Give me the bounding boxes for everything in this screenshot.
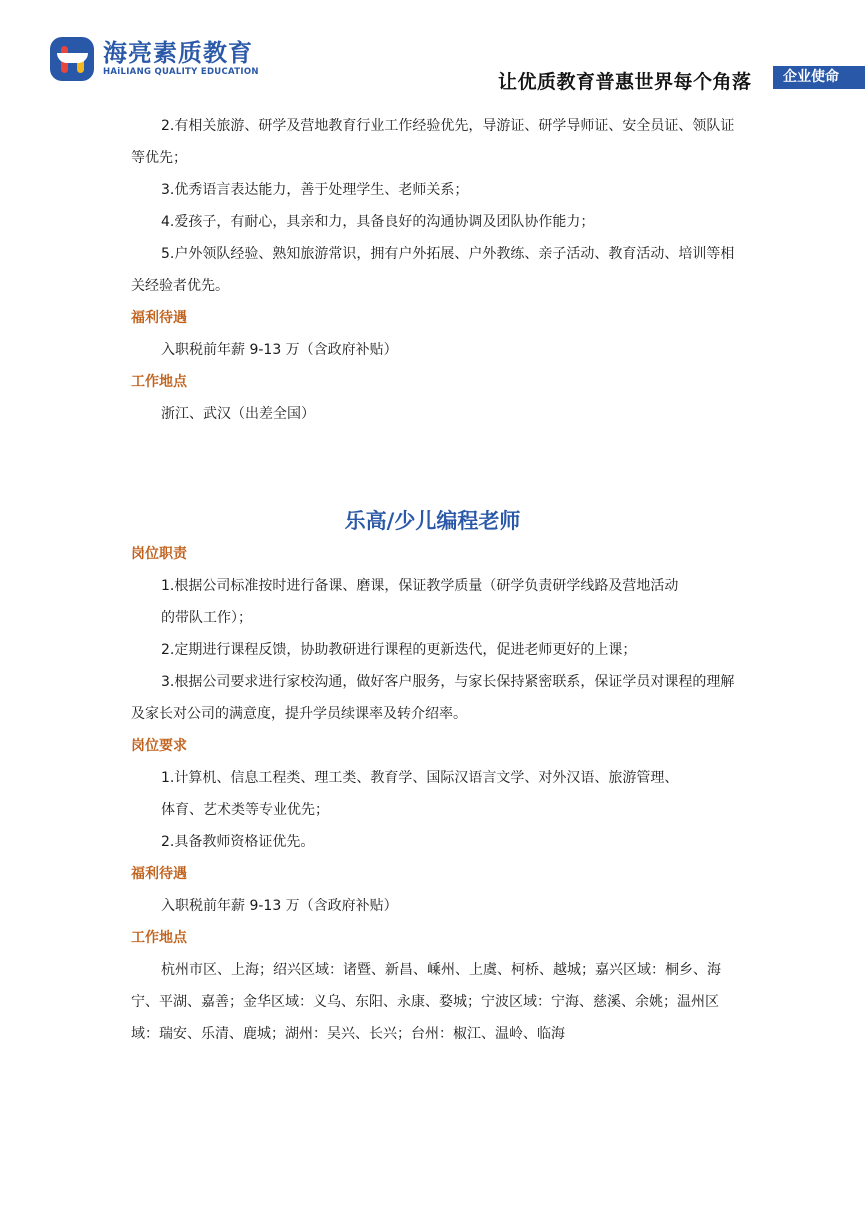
company-logo: 海亮素质教育 HAiLIANG QUALITY EDUCATION — [50, 37, 259, 81]
job-title: 乐高/少儿编程老师 — [0, 505, 865, 535]
welfare-heading: 福利待遇 — [131, 302, 741, 334]
location-text: 杭州市区、上海；绍兴区域：诸暨、新昌、嵊州、上虞、柯桥、越城；嘉兴区域：桐乡、海… — [131, 954, 741, 1050]
requirement-item: 2.有相关旅游、研学及营地教育行业工作经验优先，导游证、研学导师证、安全员证、领… — [131, 110, 741, 174]
requirement-item: 体育、艺术类等专业优先； — [131, 794, 741, 826]
requirement-item: 4.爱孩子，有耐心，具亲和力，具备良好的沟通协调及团队协作能力； — [131, 206, 741, 238]
duty-item: 3.根据公司要求进行家校沟通，做好客户服务，与家长保持紧密联系，保证学员对课程的… — [131, 666, 741, 730]
duty-item: 1.根据公司标准按时进行备课、磨课，保证教学质量（研学负责研学线路及营地活动 — [131, 570, 741, 602]
logo-icon — [50, 37, 94, 81]
requirement-item: 5.户外领队经验、熟知旅游常识，拥有户外拓展、户外教练、亲子活动、教育活动、培训… — [131, 238, 741, 302]
section1-body: 2.有相关旅游、研学及营地教育行业工作经验优先，导游证、研学导师证、安全员证、领… — [131, 110, 741, 430]
duty-heading: 岗位职责 — [131, 538, 741, 570]
welfare-text: 入职税前年薪 9-13 万（含政府补贴） — [131, 890, 741, 922]
welfare-heading: 福利待遇 — [131, 858, 741, 890]
requirement-heading: 岗位要求 — [131, 730, 741, 762]
location-heading: 工作地点 — [131, 366, 741, 398]
slogan: 让优质教育普惠世界每个角落 — [498, 67, 752, 94]
requirement-item: 3.优秀语言表达能力，善于处理学生、老师关系； — [131, 174, 741, 206]
duty-item: 的带队工作）； — [131, 602, 741, 634]
requirement-item: 2.具备教师资格证优先。 — [131, 826, 741, 858]
location-text: 浙江、武汉（出差全国） — [131, 398, 741, 430]
logo-cn-text: 海亮素质教育 — [103, 40, 259, 66]
requirement-item: 1.计算机、信息工程类、理工类、教育学、国际汉语言文学、对外汉语、旅游管理、 — [131, 762, 741, 794]
welfare-text: 入职税前年薪 9-13 万（含政府补贴） — [131, 334, 741, 366]
logo-en-text: HAiLIANG QUALITY EDUCATION — [103, 67, 259, 78]
duty-item: 2.定期进行课程反馈，协助教研进行课程的更新迭代，促进老师更好的上课； — [131, 634, 741, 666]
location-heading: 工作地点 — [131, 922, 741, 954]
section2-body: 岗位职责 1.根据公司标准按时进行备课、磨课，保证教学质量（研学负责研学线路及营… — [131, 538, 741, 1050]
mission-tag: 企业使命 — [773, 66, 865, 89]
